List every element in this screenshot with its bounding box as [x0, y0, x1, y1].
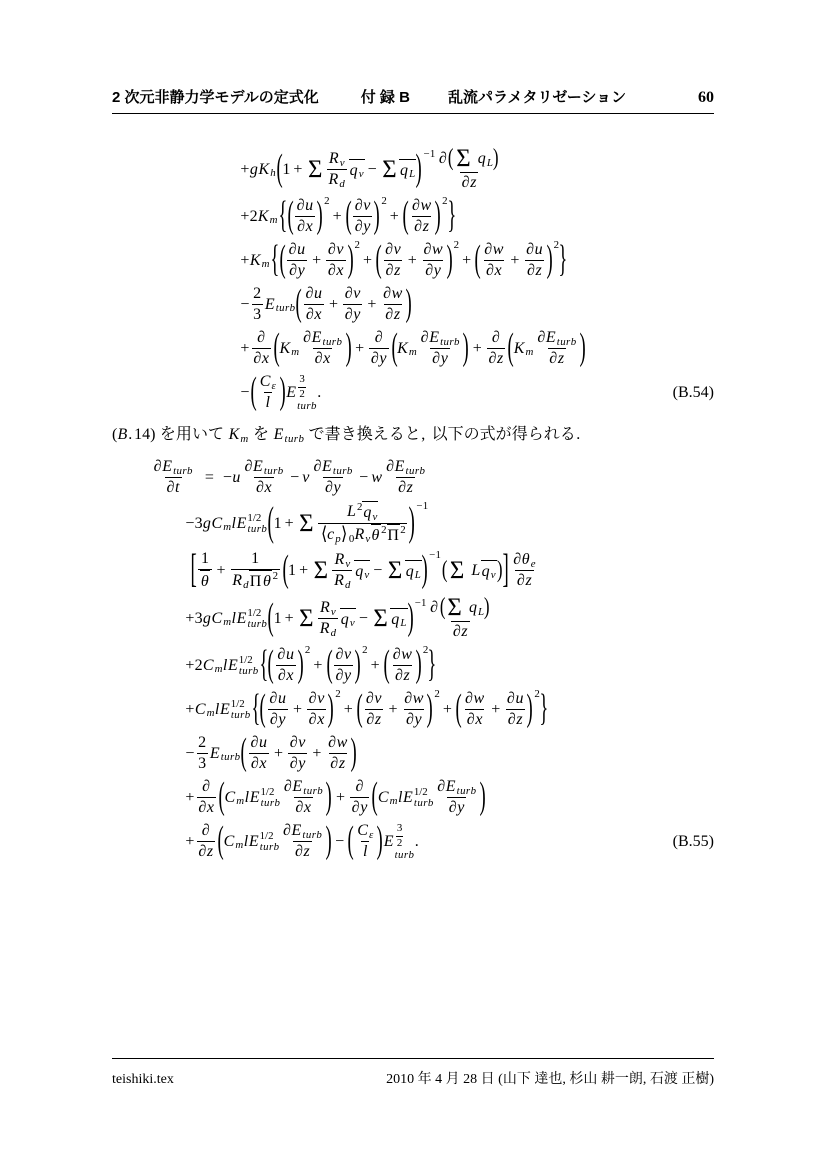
equation-b55-line-9: +∂∂z(CmlE1/2turb∂Eturb∂z)−(Cεl)E32turb.(…: [112, 821, 714, 862]
page-number: 60: [698, 89, 714, 107]
equation-b55-line-4: +3gCmlE1/2turb(1+ΣRvRdqv−ΣqL)−1∂(ΣqL)∂z: [112, 595, 714, 642]
equation-number: (B.54): [673, 383, 714, 403]
page-body: +gKh(1+ΣRvRdqv−ΣqL)−1∂(ΣqL)∂z+2Km{(∂u∂x)…: [112, 112, 714, 865]
equation-b55-line-2: −3gCmlE1/2turb(1+ΣL2qv⟨cp⟩0Rvθ2Π2)−1: [112, 501, 714, 546]
header-chapter: 2 次元非静力学モデルの定式化: [112, 86, 319, 107]
document-page: 2 次元非静力学モデルの定式化 付 録 B 乱流パラメタリゼーション 60 +g…: [0, 0, 826, 1169]
footer-filename: teishiki.tex: [112, 1072, 174, 1088]
equation-b55-line-5: +2CmlE1/2turb{(∂u∂x)2+(∂v∂y)2+(∂w∂z)2}: [112, 645, 714, 686]
page-footer: teishiki.tex 2010 年 4 月 28 日 (山下 達也, 杉山 …: [112, 1058, 714, 1088]
equation-number: (B.55): [673, 832, 714, 852]
equation-b54-line-1: +gKh(1+ΣRvRdqv−ΣqL)−1∂(ΣqL)∂z: [112, 146, 714, 193]
equation-b54: +gKh(1+ΣRvRdqv−ΣqL)−1∂(ΣqL)∂z+2Km{(∂u∂x)…: [112, 146, 714, 413]
equation-b54-line-5: +∂∂x(Km∂Eturb∂x)+∂∂y(Km∂Eturb∂y)+∂∂z(Km∂…: [112, 328, 714, 369]
equation-b55-line-1: ∂Eturb∂t=−u∂Eturb∂x−v∂Eturb∂y−w∂Eturb∂z: [112, 457, 714, 498]
equation-b55-line-6: +CmlE1/2turb{(∂u∂y+∂v∂x)2+(∂v∂z+∂w∂y)2+(…: [112, 689, 714, 730]
equation-b55: ∂Eturb∂t=−u∂Eturb∂x−v∂Eturb∂y−w∂Eturb∂z−…: [112, 457, 714, 862]
equation-b54-line-6: −(Cεl)E32turb.(B.54): [112, 372, 714, 413]
equation-b55-line-8: +∂∂x(CmlE1/2turb∂Eturb∂x)+∂∂y(CmlE1/2tur…: [112, 777, 714, 818]
page-header: 2 次元非静力学モデルの定式化 付 録 B 乱流パラメタリゼーション 60: [112, 86, 714, 114]
paragraph-text: (B.14)を用いてKmをEturbで書き換えると,以下の式が得られる.: [112, 425, 714, 445]
equation-b54-line-4: −23Eturb(∂u∂x+∂v∂y+∂w∂z): [112, 284, 714, 325]
equation-b54-line-2: +2Km{(∂u∂x)2+(∂v∂y)2+(∂w∂z)2}: [112, 196, 714, 237]
header-section-title: 乱流パラメタリゼーション: [448, 86, 626, 107]
equation-b55-line-3: [1θ+1RdΠθ2(1+ΣRvRdqv−ΣqL)−1(ΣLqv)]∂θe∂z: [112, 549, 714, 592]
header-appendix: 付 録 B: [361, 86, 410, 107]
equation-b54-line-3: +Km{(∂u∂y+∂v∂x)2+(∂v∂z+∂w∂y)2+(∂w∂x+∂u∂z…: [112, 240, 714, 281]
footer-date-authors: 2010 年 4 月 28 日 (山下 達也, 杉山 耕一朗, 石渡 正樹): [386, 1068, 714, 1088]
equation-b55-line-7: −23Eturb(∂u∂x+∂v∂y+∂w∂z): [112, 733, 714, 774]
